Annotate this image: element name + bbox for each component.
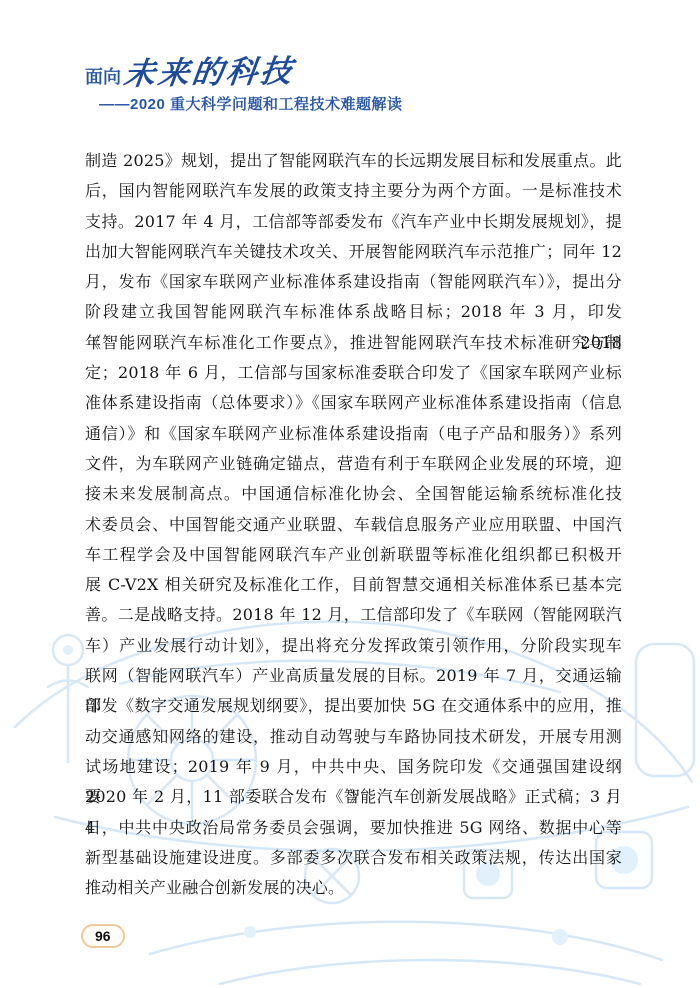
body-text-line: 阶段建立我国智能网联汽车标准体系战略目标；2018 年 3 月，印发《2018 — [85, 297, 622, 327]
page-number-badge: 96 — [81, 924, 125, 948]
book-header: 面向 未来的科技 ——2020 重大科学问题和工程技术难题解读 — [85, 58, 403, 114]
body-text-line: 推动相关产业融合创新发展的决心。 — [85, 873, 622, 903]
body-text-line: 后，国内智能网联汽车发展的政策支持主要分为两个方面。一是标准技术 — [85, 176, 622, 206]
body-text-line: 定；2018 年 6 月，工信部与国家标准委联合印发了《国家车联网产业标 — [85, 358, 622, 388]
body-text-line: 日，中共中央政治局常务委员会强调，要加快推进 5G 网络、数据中心等 — [85, 813, 622, 843]
body-text-line: 接未来发展制高点。中国通信标准化协会、全国智能运输系统标准化技 — [85, 479, 622, 509]
series-title-calligraphy: 未来的科技 — [122, 57, 296, 91]
body-text-line: 月，发布《国家车联网产业标准体系建设指南（智能网联汽车）》，提出分 — [85, 267, 622, 297]
book-page: 面向 未来的科技 ——2020 重大科学问题和工程技术难题解读 制造 2025》… — [0, 0, 700, 988]
body-text: 制造 2025》规划，提出了智能网联汽车的长远期发展目标和发展重点。此后，国内智… — [85, 146, 622, 903]
body-text-line: 展 C-V2X 相关研究及标准化工作，目前智慧交通相关标准体系已基本完 — [85, 570, 622, 600]
series-subtitle: ——2020 重大科学问题和工程技术难题解读 — [99, 93, 403, 114]
body-text-line: 制造 2025》规划，提出了智能网联汽车的长远期发展目标和发展重点。此 — [85, 146, 622, 176]
body-text-line: 年智能网联汽车标准化工作要点》，推进智能网联汽车技术标准研究与制 — [85, 328, 622, 358]
series-title: 面向 未来的科技 — [85, 58, 403, 89]
body-text-line: 支持。2017 年 4 月，工信部等部委发布《汽车产业中长期发展规划》，提 — [85, 207, 622, 237]
body-text-line: 车工程学会及中国智能网联汽车产业创新联盟等标准化组织都已积极开 — [85, 540, 622, 570]
body-text-line: 文件，为车联网产业链确定锚点，营造有利于车联网企业发展的环境，迎 — [85, 449, 622, 479]
body-text-line: 准体系建设指南（总体要求）》《国家车联网产业标准体系建设指南（信息 — [85, 388, 622, 418]
series-title-prefix: 面向 — [85, 68, 121, 89]
body-text-line: 车）产业发展行动计划》，提出将充分发挥政策引领作用，分阶段实现车 — [85, 631, 622, 661]
body-text-line: 印发《数字交通发展规划纲要》，提出要加快 5G 在交通体系中的应用，推 — [85, 691, 622, 721]
body-text-line: 动交通感知网络的建设，推动自动驾驶与车路协同技术研发，开展专用测 — [85, 722, 622, 752]
body-text-line: 新型基础设施建设进度。多部委多次联合发布相关政策法规，传达出国家 — [85, 843, 622, 873]
body-text-line: 2020 年 2 月，11 部委联合发布《智能汽车创新发展战略》正式稿；3 月 … — [85, 782, 622, 812]
body-text-line: 联网（智能网联汽车）产业高质量发展的目标。2019 年 7 月，交通运输部 — [85, 661, 622, 691]
body-text-line: 试场地建设；2019 年 9 月，中共中央、国务院印发《交通强国建设纲要》； — [85, 752, 622, 782]
body-text-line: 出加大智能网联汽车关键技术攻关、开展智能网联汽车示范推广；同年 12 — [85, 237, 622, 267]
body-text-line: 术委员会、中国智能交通产业联盟、车载信息服务产业应用联盟、中国汽 — [85, 510, 622, 540]
body-text-line: 通信）》和《国家车联网产业标准体系建设指南（电子产品和服务）》系列 — [85, 419, 622, 449]
body-text-line: 善。二是战略支持。2018 年 12 月，工信部印发了《车联网（智能网联汽 — [85, 600, 622, 630]
